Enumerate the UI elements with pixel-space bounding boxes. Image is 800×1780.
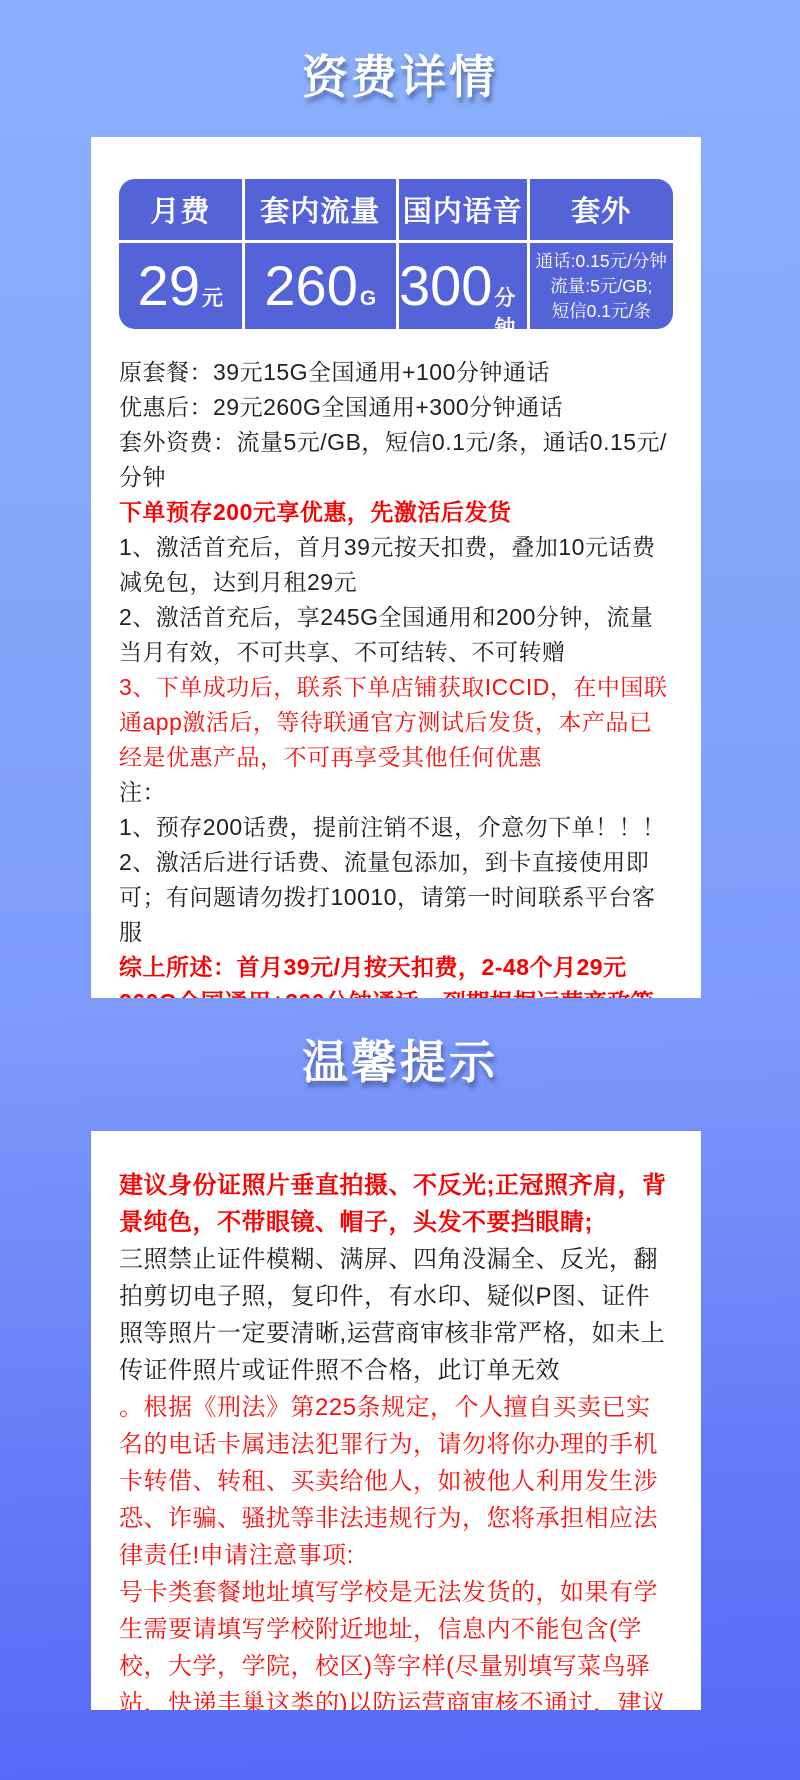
monthly-fee-number: 29 bbox=[138, 243, 200, 329]
plan-table-header-out-of-plan: 套外 bbox=[530, 179, 673, 240]
tariff-paragraph: 2、激活首充后，享245G全国通用和200分钟，流量当月有效，不可共享、不可结转… bbox=[119, 600, 673, 670]
mobile-plan-promo-page: 资费详情 月费 套内流量 国内语音 套外 29 元 260 G 300 分钟 通… bbox=[0, 0, 800, 1780]
voice-number: 300 bbox=[399, 243, 492, 329]
plan-voice-value: 300 分钟 bbox=[399, 243, 527, 329]
tariff-paragraph: 2、激活后进行话费、流量包添加，到卡直接使用即可；有问题请勿拨打10010，请第… bbox=[119, 845, 673, 950]
tips-card: 建议身份证照片垂直拍摄、不反光;正冠照齐肩，背景纯色，不带眼镜、帽子，头发不要挡… bbox=[91, 1131, 701, 1710]
tariff-paragraph-summary: 综上所述：首月39元/月按天扣费，2-48个月29元260G全国通用+300分钟… bbox=[119, 950, 673, 998]
plan-table-header-included-data: 套内流量 bbox=[245, 179, 396, 240]
plan-out-of-plan-fees: 通话:0.15元/分钟 流量:5元/GB; 短信0.1元/条 bbox=[530, 243, 673, 329]
voice-unit: 分钟 bbox=[494, 282, 526, 329]
plan-table-header-domestic-voice: 国内语音 bbox=[399, 179, 527, 240]
plan-table: 月费 套内流量 国内语音 套外 29 元 260 G 300 分钟 通话:0.1… bbox=[119, 179, 673, 329]
tips-paragraph-photo-advice: 建议身份证照片垂直拍摄、不反光;正冠照齐肩，背景纯色，不带眼镜、帽子，头发不要挡… bbox=[119, 1167, 673, 1241]
tariff-paragraph-highlight: 下单预存200元享优惠，先激活后发货 bbox=[119, 495, 673, 530]
plan-monthly-fee-value: 29 元 bbox=[119, 243, 242, 329]
tariff-paragraph: 套外资费：流量5元/GB，短信0.1元/条，通话0.15元/分钟 bbox=[119, 425, 673, 495]
out-of-plan-sms-rate: 短信0.1元/条 bbox=[552, 299, 651, 324]
tariff-paragraph: 1、预存200话费，提前注销不退，介意勿下单！！！ bbox=[119, 810, 673, 845]
out-of-plan-data-rate: 流量:5元/GB; bbox=[550, 274, 652, 299]
tariff-paragraph: 1、激活首充后，首月39元按天扣费，叠加10元话费减免包，达到月租29元 bbox=[119, 530, 673, 600]
tips-detail-text: 建议身份证照片垂直拍摄、不反光;正冠照齐肩，背景纯色，不带眼镜、帽子，头发不要挡… bbox=[119, 1167, 673, 1710]
out-of-plan-call-rate: 通话:0.15元/分钟 bbox=[536, 249, 667, 274]
tips-paragraph-photo-rules: 三照禁止证件模糊、满屏、四角没漏全、反光，翻拍剪切电子照，复印件，有水印、疑似P… bbox=[119, 1241, 673, 1389]
plan-data-value: 260 G bbox=[245, 243, 396, 329]
tips-paragraph-legal-notice: 。根据《刑法》第225条规定，个人擅自买卖已实名的电话卡属违法犯罪行为，请勿将你… bbox=[119, 1389, 673, 1574]
tariff-paragraph: 原套餐：39元15G全国通用+100分钟通话 bbox=[119, 355, 673, 390]
plan-table-header-monthly-fee: 月费 bbox=[119, 179, 242, 240]
tariff-detail-text: 原套餐：39元15G全国通用+100分钟通话 优惠后：29元260G全国通用+3… bbox=[119, 355, 673, 998]
tariff-card: 月费 套内流量 国内语音 套外 29 元 260 G 300 分钟 通话:0.1… bbox=[91, 137, 701, 998]
monthly-fee-unit: 元 bbox=[202, 282, 223, 312]
tariff-paragraph-warning: 3、下单成功后，联系下单店铺获取ICCID，在中国联通app激活后，等待联通官方… bbox=[119, 670, 673, 775]
data-unit: G bbox=[360, 287, 376, 311]
tips-paragraph-address-notice: 号卡类套餐地址填写学校是无法发货的，如果有学生需要请填写学校附近地址，信息内不能… bbox=[119, 1574, 673, 1710]
tips-section-title: 温馨提示 bbox=[0, 1035, 800, 1089]
tariff-paragraph: 注： bbox=[119, 775, 673, 810]
tariff-section-title: 资费详情 bbox=[0, 0, 800, 104]
tariff-paragraph: 优惠后：29元260G全国通用+300分钟通话 bbox=[119, 390, 673, 425]
data-number: 260 bbox=[264, 243, 357, 329]
